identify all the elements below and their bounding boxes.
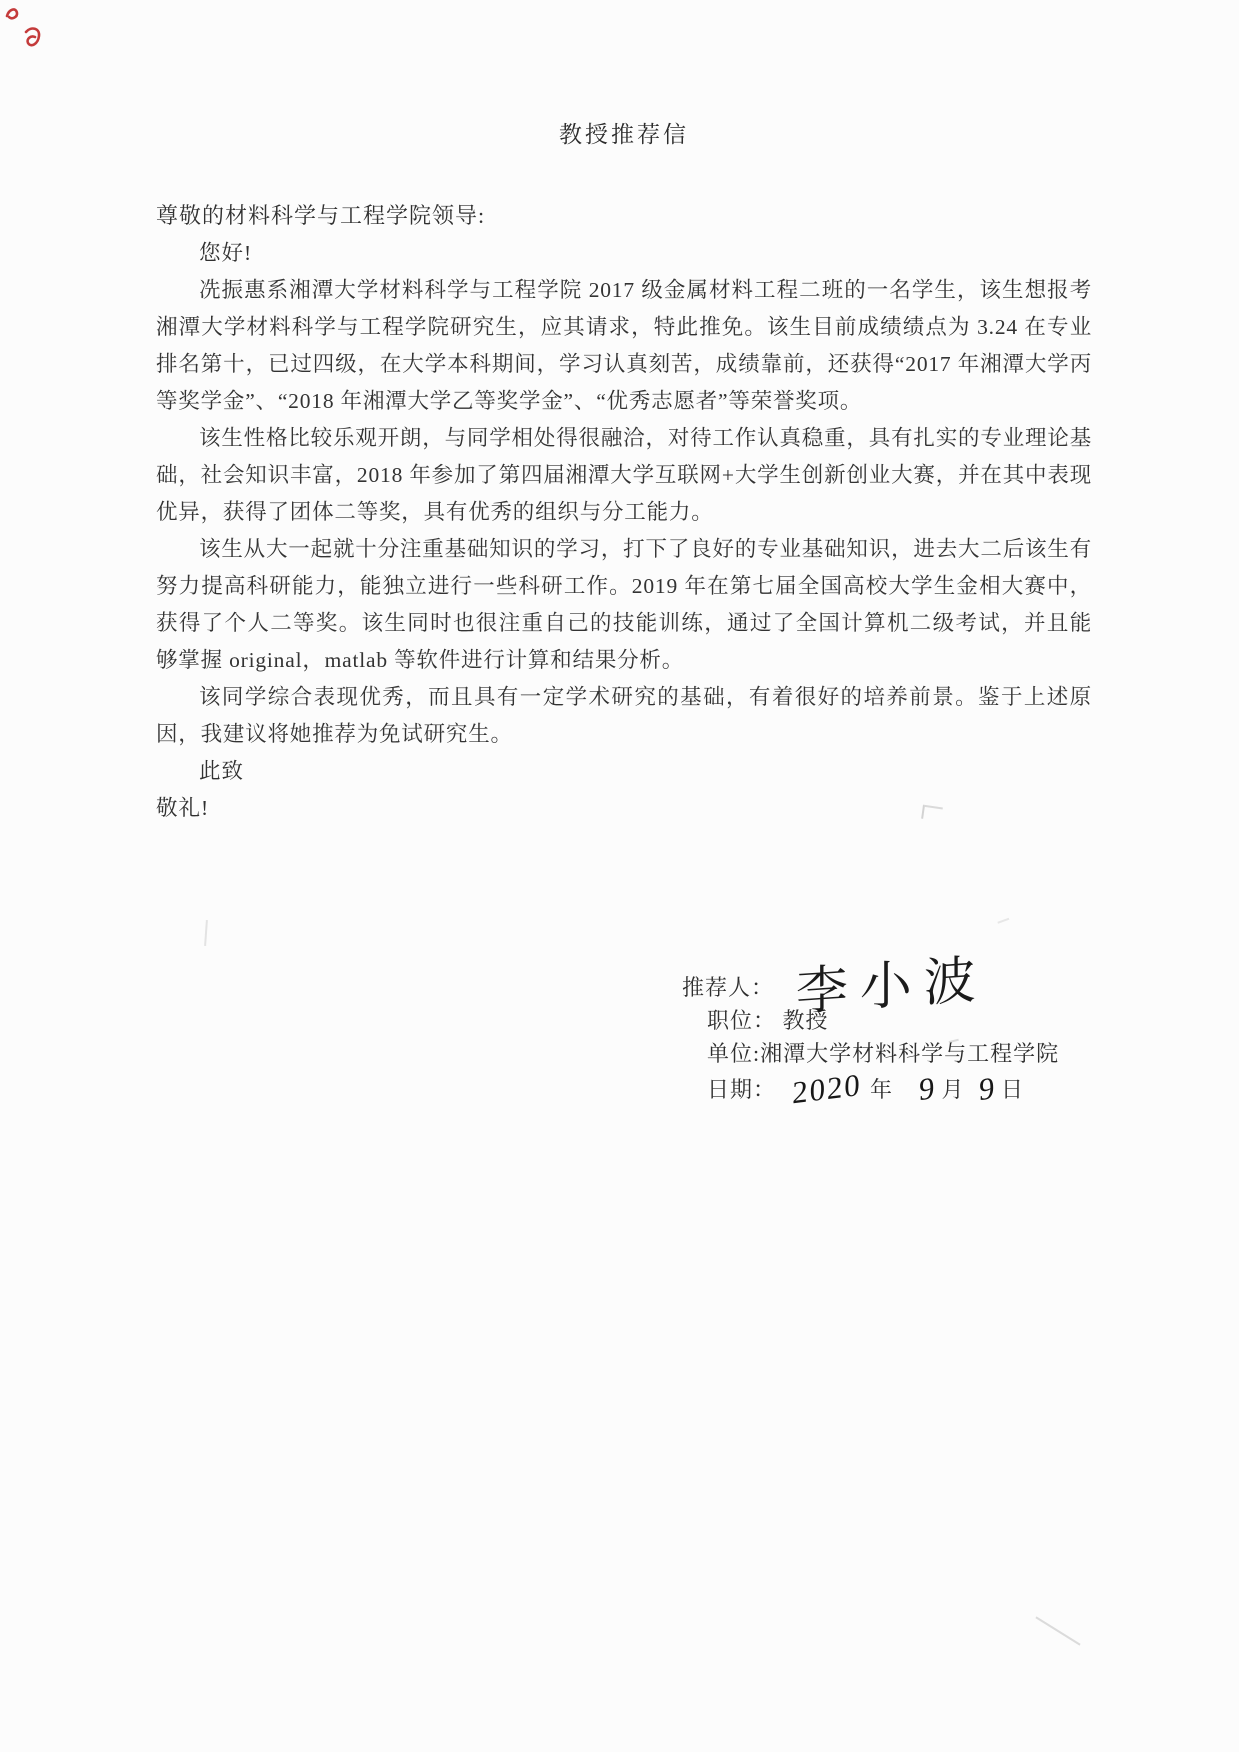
recommender-label: 推荐人：	[682, 971, 774, 1004]
faint-smudge-right-of-signature	[995, 910, 1010, 924]
unit-label: 单位:	[707, 1041, 760, 1066]
month-unit: 月	[942, 1077, 965, 1102]
paragraph-2: 该生性格比较乐观开朗，与同学相处得很融洽，对待工作认真稳重，具有扎实的专业理论基…	[156, 420, 1092, 531]
handwritten-year: 2020	[792, 1068, 862, 1110]
closing-salute: 敬礼!	[156, 790, 1092, 827]
paragraph-4: 该同学综合表现优秀，而且具有一定学术研究的基础，有着很好的培养前景。鉴于上述原因…	[156, 679, 1092, 753]
date-row: 日期：2020年9月9日	[707, 1070, 1059, 1106]
closing-respect: 此致	[156, 753, 1092, 790]
year-unit: 年	[870, 1077, 893, 1102]
letter-title: 教授推荐信	[156, 116, 1092, 149]
faint-vertical-streak	[204, 920, 208, 946]
handwritten-signature: 李小波	[796, 964, 988, 1010]
paragraph-3: 该生从大一起就十分注重基础知识的学习，打下了良好的专业基础知识，进去大二后该生有…	[156, 531, 1092, 679]
red-pen-marks	[2, 2, 54, 58]
paragraph-1: 冼振惠系湘潭大学材料科学与工程学院 2017 级金属材料工程二班的一名学生，该生…	[156, 272, 1092, 420]
red-pen-mark-small	[7, 9, 17, 18]
scanned-letter-page: 教授推荐信 尊敬的材料科学与工程学院领导: 您好! 冼振惠系湘潭大学材料科学与工…	[0, 0, 1239, 1752]
greeting-line: 您好!	[156, 235, 1092, 272]
letter-body: 教授推荐信 尊敬的材料科学与工程学院领导: 您好! 冼振惠系湘潭大学材料科学与工…	[156, 116, 1092, 827]
salutation-line: 尊敬的材料科学与工程学院领导:	[156, 197, 1092, 235]
handwritten-day: 9	[978, 1071, 995, 1106]
red-pen-mark-large	[26, 29, 39, 46]
faint-diagonal-streak-bottom-right	[1035, 1616, 1080, 1645]
handwritten-month: 9	[919, 1071, 936, 1106]
date-label: 日期：	[707, 1077, 776, 1102]
recommender-row: 推荐人： 李小波	[682, 946, 1059, 1004]
position-label: 职位：	[707, 1008, 776, 1033]
unit-value: 湘潭大学材料科学与工程学院	[760, 1041, 1059, 1066]
unit-row: 单位:湘潭大学材料科学与工程学院	[707, 1037, 1059, 1070]
signature-block: 推荐人： 李小波 职位： 教授 单位:湘潭大学材料科学与工程学院 日期：2020…	[682, 946, 1059, 1106]
day-unit: 日	[1001, 1077, 1024, 1102]
